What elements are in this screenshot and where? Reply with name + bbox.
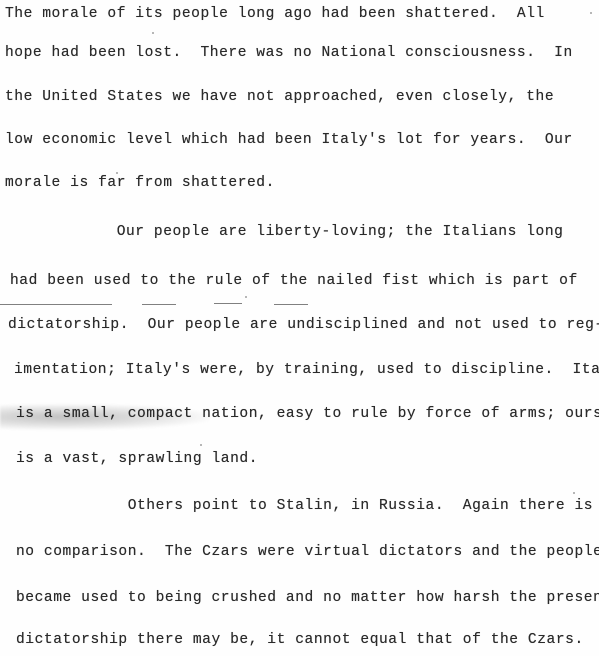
text-line: became used to being crushed and no matt… (16, 589, 599, 607)
typewritten-page: The morale of its people long ago had be… (0, 0, 599, 656)
paper-speck (200, 444, 202, 446)
text-line: Others point to Stalin, in Russia. Again… (16, 497, 593, 515)
paper-speck (116, 172, 118, 174)
text-line: dictatorship there may be, it cannot equ… (16, 631, 584, 649)
stray-rule-mark (0, 304, 112, 305)
text-line: dictatorship. Our people are undisciplin… (8, 316, 599, 334)
text-line: The morale of its people long ago had be… (5, 5, 545, 23)
text-line: is a vast, sprawling land. (16, 450, 258, 468)
text-line: had been used to the rule of the nailed … (10, 272, 578, 290)
text-line: Our people are liberty-loving; the Itali… (5, 223, 563, 241)
text-line: hope had been lost. There was no Nationa… (5, 44, 573, 62)
text-line: no comparison. The Czars were virtual di… (16, 543, 599, 561)
text-line: imentation; Italy's were, by training, u… (14, 361, 599, 379)
paper-speck (245, 296, 247, 298)
paper-speck (590, 12, 592, 14)
paper-speck (152, 32, 154, 34)
text-line: is a small, compact nation, easy to rule… (16, 405, 599, 423)
text-line: low economic level which had been Italy'… (5, 131, 573, 149)
stray-rule-mark (274, 304, 308, 305)
stray-rule-mark (214, 303, 242, 304)
stray-rule-mark (142, 304, 176, 305)
paper-speck (573, 492, 575, 494)
text-line: morale is far from shattered. (5, 174, 275, 192)
text-line: the United States we have not approached… (5, 88, 554, 106)
